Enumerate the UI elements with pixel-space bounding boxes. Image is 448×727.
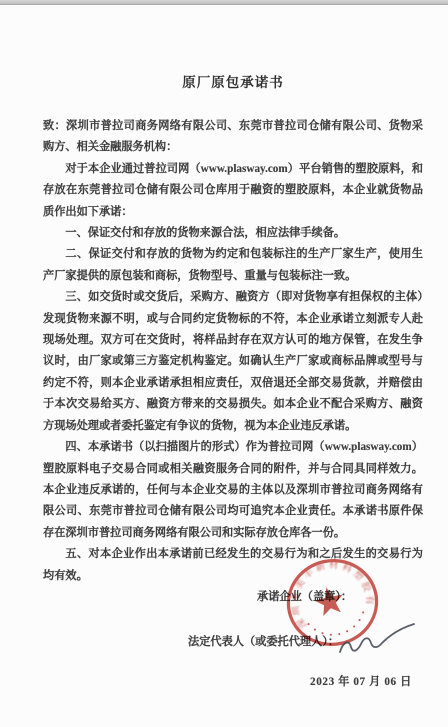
paragraph: 二、保证交付和存放的货物为约定和包装标注的生产厂家生产，使用生产厂家提供的原包装… xyxy=(43,244,423,287)
signature-company-label: 承诺企业（盖章）： xyxy=(257,587,423,608)
scan-edge-bar xyxy=(0,0,448,5)
paragraph: 对于本企业通过普拉司网（www.plasway.com）平台销售的塑胶原料，和存… xyxy=(43,159,423,223)
paragraph: 一、保证交付和存放的货物来源合法，相应法律手续备。 xyxy=(43,223,423,244)
paragraph: 四、本承诺书（以扫描图片的形式）作为普拉司网（www.plasway.com）塑… xyxy=(43,437,423,544)
document-body: 原厂原包承诺书 致：深圳市普拉司商务网络有限公司、东莞市普拉司仓储有限公司、货物… xyxy=(43,71,423,693)
paragraph: 致：深圳市普拉司商务网络有限公司、东莞市普拉司仓储有限公司、货物采购方、相关金融… xyxy=(43,116,423,159)
paragraph: 三、如交货时或交货后，采购方、融资方（即对货物享有担保权的主体）发现货物来源不明… xyxy=(43,287,423,437)
paragraph: 五、对本企业作出本承诺前已经发生的交易行为和之后发生的交易行为均有效。 xyxy=(43,544,423,587)
scanned-document-page: { "page": { "top_bar_color": "#c9c9c9", … xyxy=(0,0,448,727)
signature-date: 2023 年 07 月 06 日 xyxy=(310,672,423,693)
paragraphs: 致：深圳市普拉司商务网络有限公司、东莞市普拉司仓储有限公司、货物采购方、相关金融… xyxy=(43,116,423,587)
signature-legal-rep-label: 法定代表人（或委托代理人）： xyxy=(188,632,423,653)
document-title: 原厂原包承诺书 xyxy=(43,71,423,91)
